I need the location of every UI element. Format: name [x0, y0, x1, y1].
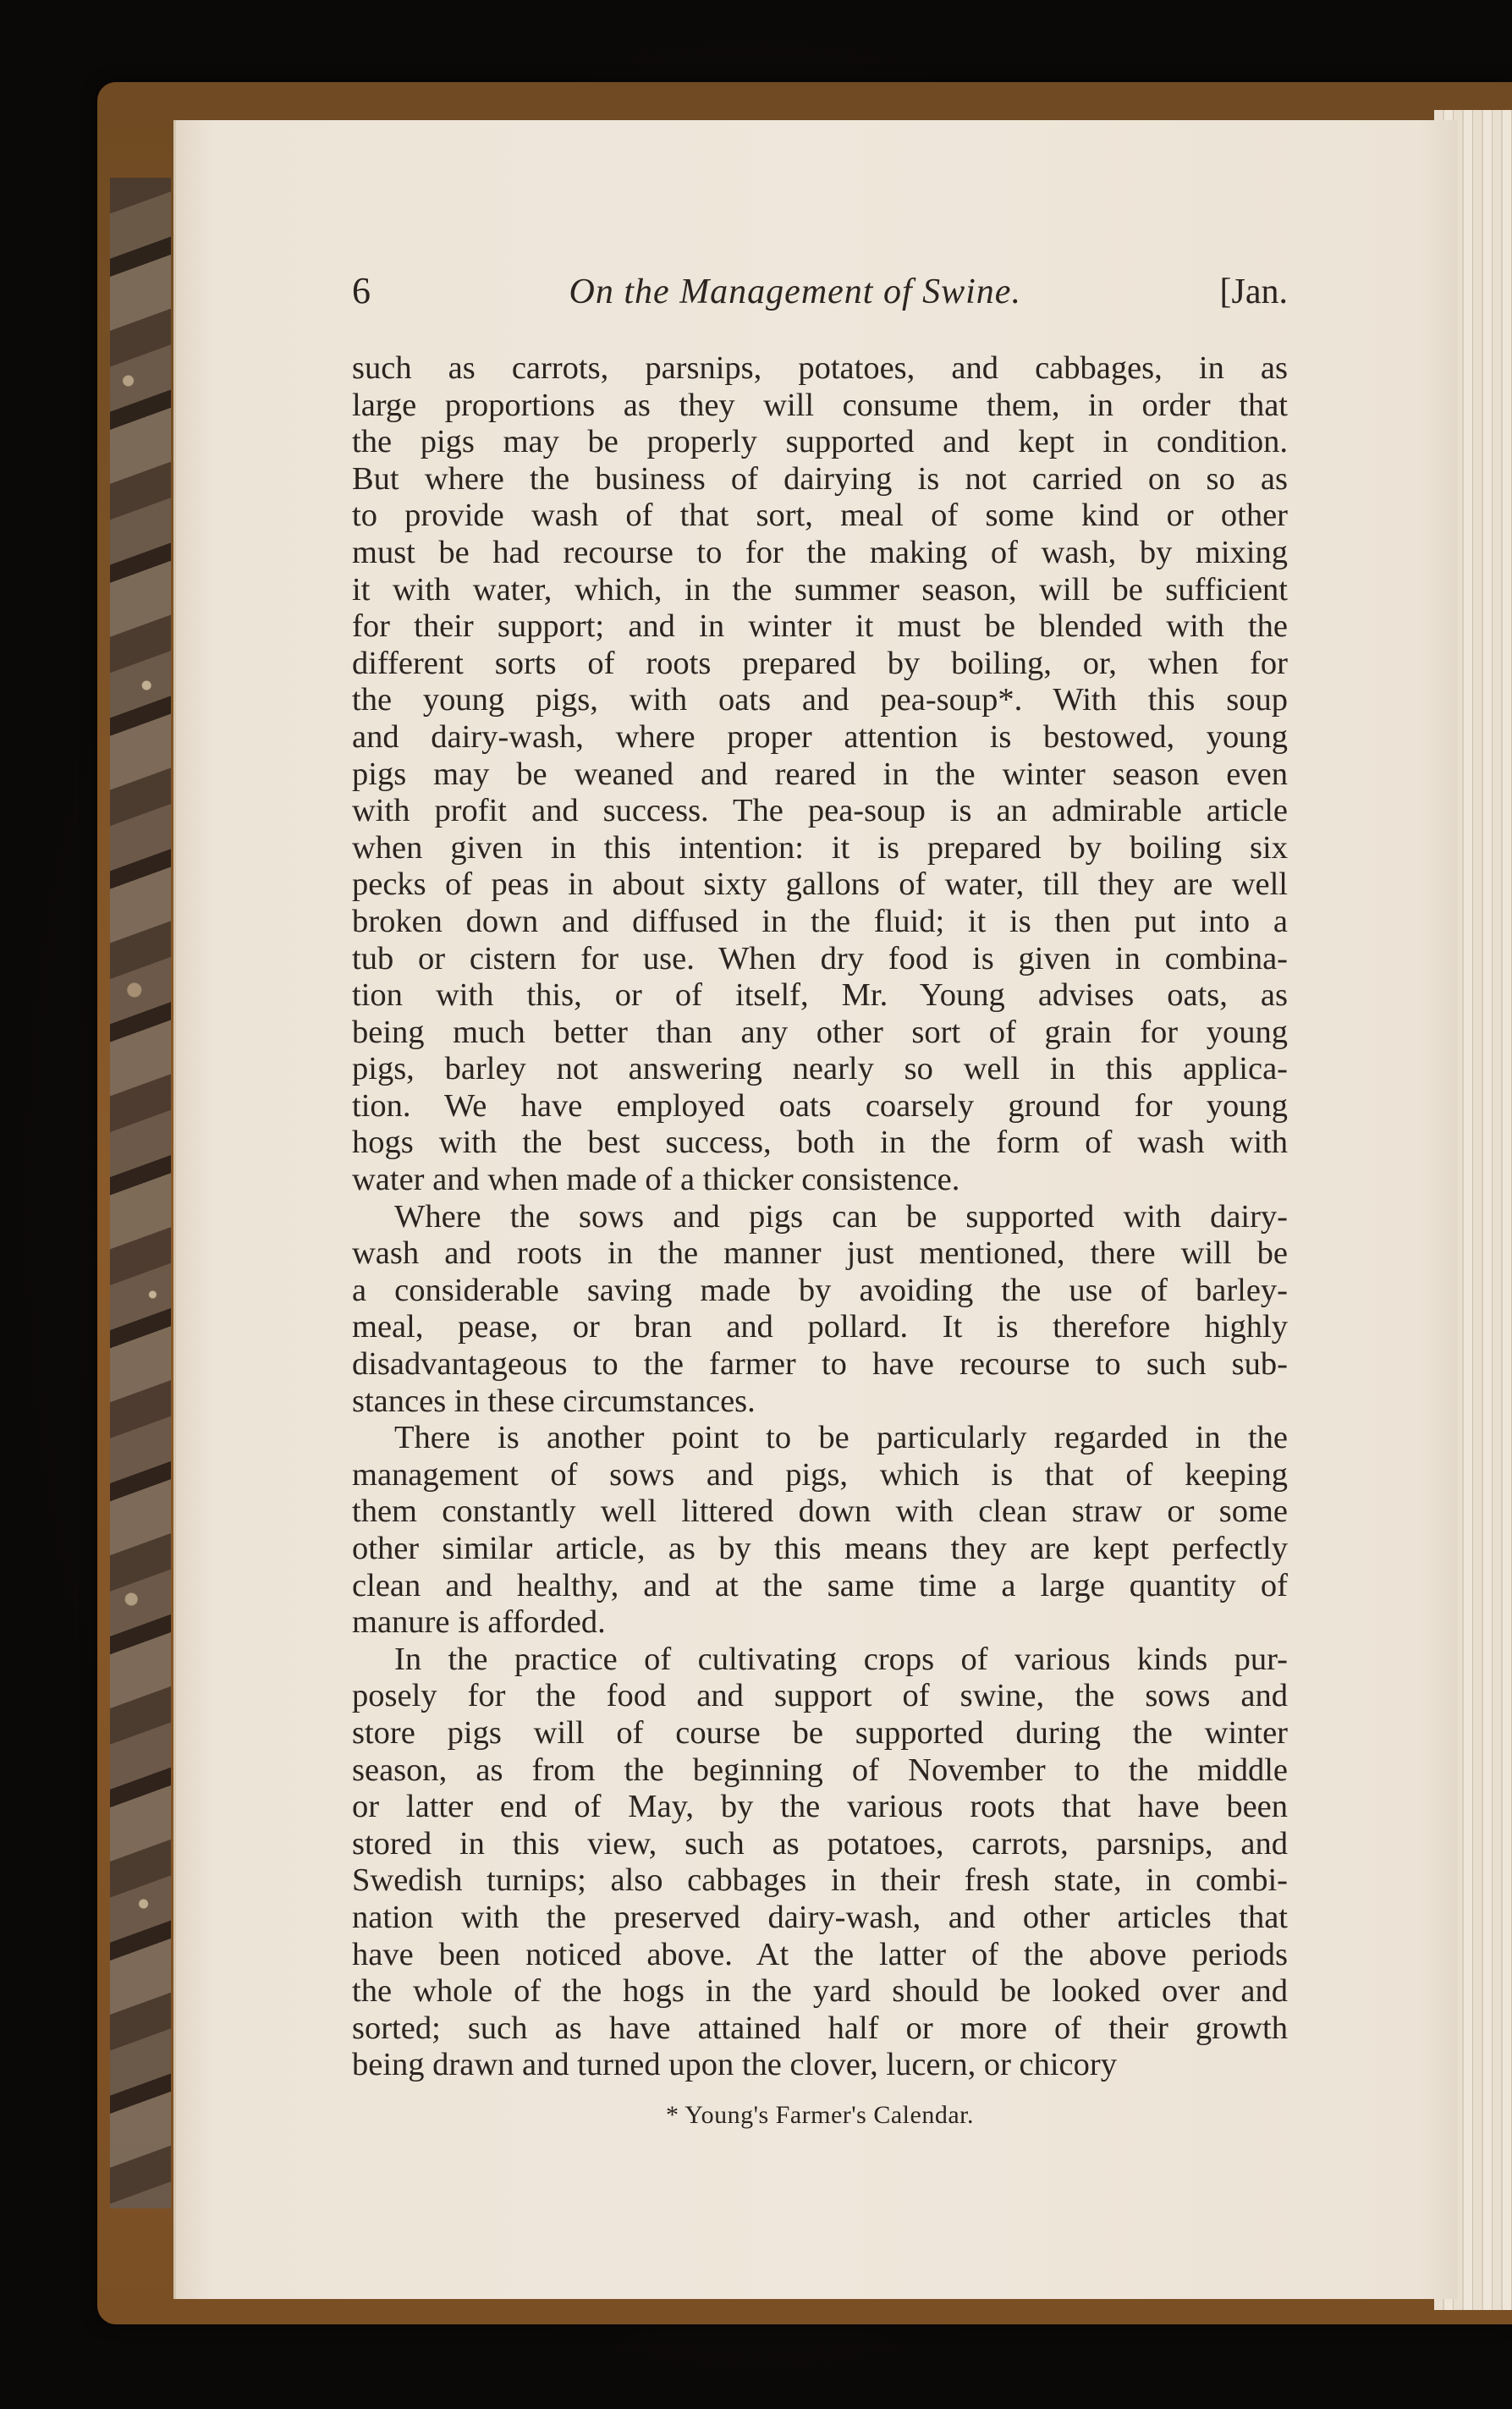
page-number: 6: [352, 269, 371, 312]
text-line: the whole of the hogs in the yard should…: [352, 1973, 1288, 2010]
text-line: store pigs will of course be supported d…: [352, 1715, 1288, 1752]
text-line: being drawn and turned upon the clover, …: [352, 2047, 1288, 2084]
photo-scene: 6 On the Management of Swine. [Jan. such…: [0, 0, 1512, 2409]
text-line: manure is afforded.: [352, 1604, 1288, 1642]
text-line: tub or cistern for use. When dry food is…: [352, 941, 1288, 978]
text-line: nation with the preserved dairy-wash, an…: [352, 1900, 1288, 1937]
body-text: such as carrots, parsnips, potatoes, and…: [352, 350, 1288, 2084]
text-line: broken down and diffused in the fluid; i…: [352, 904, 1288, 941]
text-line: with profit and success. The pea-soup is…: [352, 793, 1288, 830]
text-line: But where the business of dairying is no…: [352, 461, 1288, 498]
text-line: tion with this, or of itself, Mr. Young …: [352, 977, 1288, 1015]
text-line: being much better than any other sort of…: [352, 1015, 1288, 1052]
text-line: meal, pease, or bran and pollard. It is …: [352, 1309, 1288, 1346]
text-line: There is another point to be particularl…: [352, 1420, 1288, 1457]
text-line: for their support; and in winter it must…: [352, 608, 1288, 646]
text-line: stored in this view, such as potatoes, c…: [352, 1826, 1288, 1863]
running-month: [Jan.: [1220, 272, 1288, 312]
paragraph: There is another point to be particularl…: [352, 1420, 1288, 1642]
text-line: the pigs may be properly supported and k…: [352, 424, 1288, 461]
text-line: have been noticed above. At the latter o…: [352, 1937, 1288, 1974]
text-line: hogs with the best success, both in the …: [352, 1125, 1288, 1162]
text-line: pigs may be weaned and reared in the win…: [352, 756, 1288, 794]
text-line: tion. We have employed oats coarsely gro…: [352, 1088, 1288, 1125]
footnote: * Young's Farmer's Calendar.: [352, 2101, 1288, 2130]
text-line: pigs, barley not answering nearly so wel…: [352, 1051, 1288, 1088]
text-line: to provide wash of that sort, meal of so…: [352, 498, 1288, 535]
text-line: other similar article, as by this means …: [352, 1531, 1288, 1568]
text-line: In the practice of cultivating crops of …: [352, 1642, 1288, 1679]
text-line: management of sows and pigs, which is th…: [352, 1457, 1288, 1494]
text-line: wash and roots in the manner just mentio…: [352, 1235, 1288, 1273]
text-line: season, as from the beginning of Novembe…: [352, 1752, 1288, 1790]
text-line: or latter end of May, by the various roo…: [352, 1789, 1288, 1826]
text-line: them constantly well littered down with …: [352, 1493, 1288, 1531]
text-line: a considerable saving made by avoiding t…: [352, 1273, 1288, 1310]
text-line: water and when made of a thicker consist…: [352, 1162, 1288, 1199]
text-line: different sorts of roots prepared by boi…: [352, 646, 1288, 683]
paragraph: In the practice of cultivating crops of …: [352, 1642, 1288, 2084]
paragraph: such as carrots, parsnips, potatoes, and…: [352, 350, 1288, 1199]
text-line: Swedish turnips; also cabbages in their …: [352, 1862, 1288, 1900]
text-line: clean and healthy, and at the same time …: [352, 1568, 1288, 1605]
page-text-block: 6 On the Management of Swine. [Jan. such…: [352, 269, 1288, 2130]
text-line: and dairy-wash, where proper attention i…: [352, 719, 1288, 756]
text-line: when given in this intention: it is prep…: [352, 830, 1288, 867]
text-line: it with water, which, in the summer seas…: [352, 572, 1288, 609]
text-line: must be had recourse to for the making o…: [352, 535, 1288, 572]
text-line: posely for the food and support of swine…: [352, 1678, 1288, 1715]
text-line: pecks of peas in about sixty gallons of …: [352, 866, 1288, 904]
paragraph: Where the sows and pigs can be supported…: [352, 1199, 1288, 1421]
marbled-board-edge: [110, 178, 171, 2208]
running-head: 6 On the Management of Swine. [Jan.: [352, 269, 1288, 320]
running-title: On the Management of Swine.: [569, 272, 1021, 312]
text-line: the young pigs, with oats and pea-soup*.…: [352, 682, 1288, 719]
text-line: large proportions as they will consume t…: [352, 388, 1288, 425]
text-line: stances in these circumstances.: [352, 1383, 1288, 1421]
text-line: sorted; such as have attained half or mo…: [352, 2010, 1288, 2048]
text-line: disadvantageous to the farmer to have re…: [352, 1346, 1288, 1383]
text-line: Where the sows and pigs can be supported…: [352, 1199, 1288, 1236]
text-line: such as carrots, parsnips, potatoes, and…: [352, 350, 1288, 388]
